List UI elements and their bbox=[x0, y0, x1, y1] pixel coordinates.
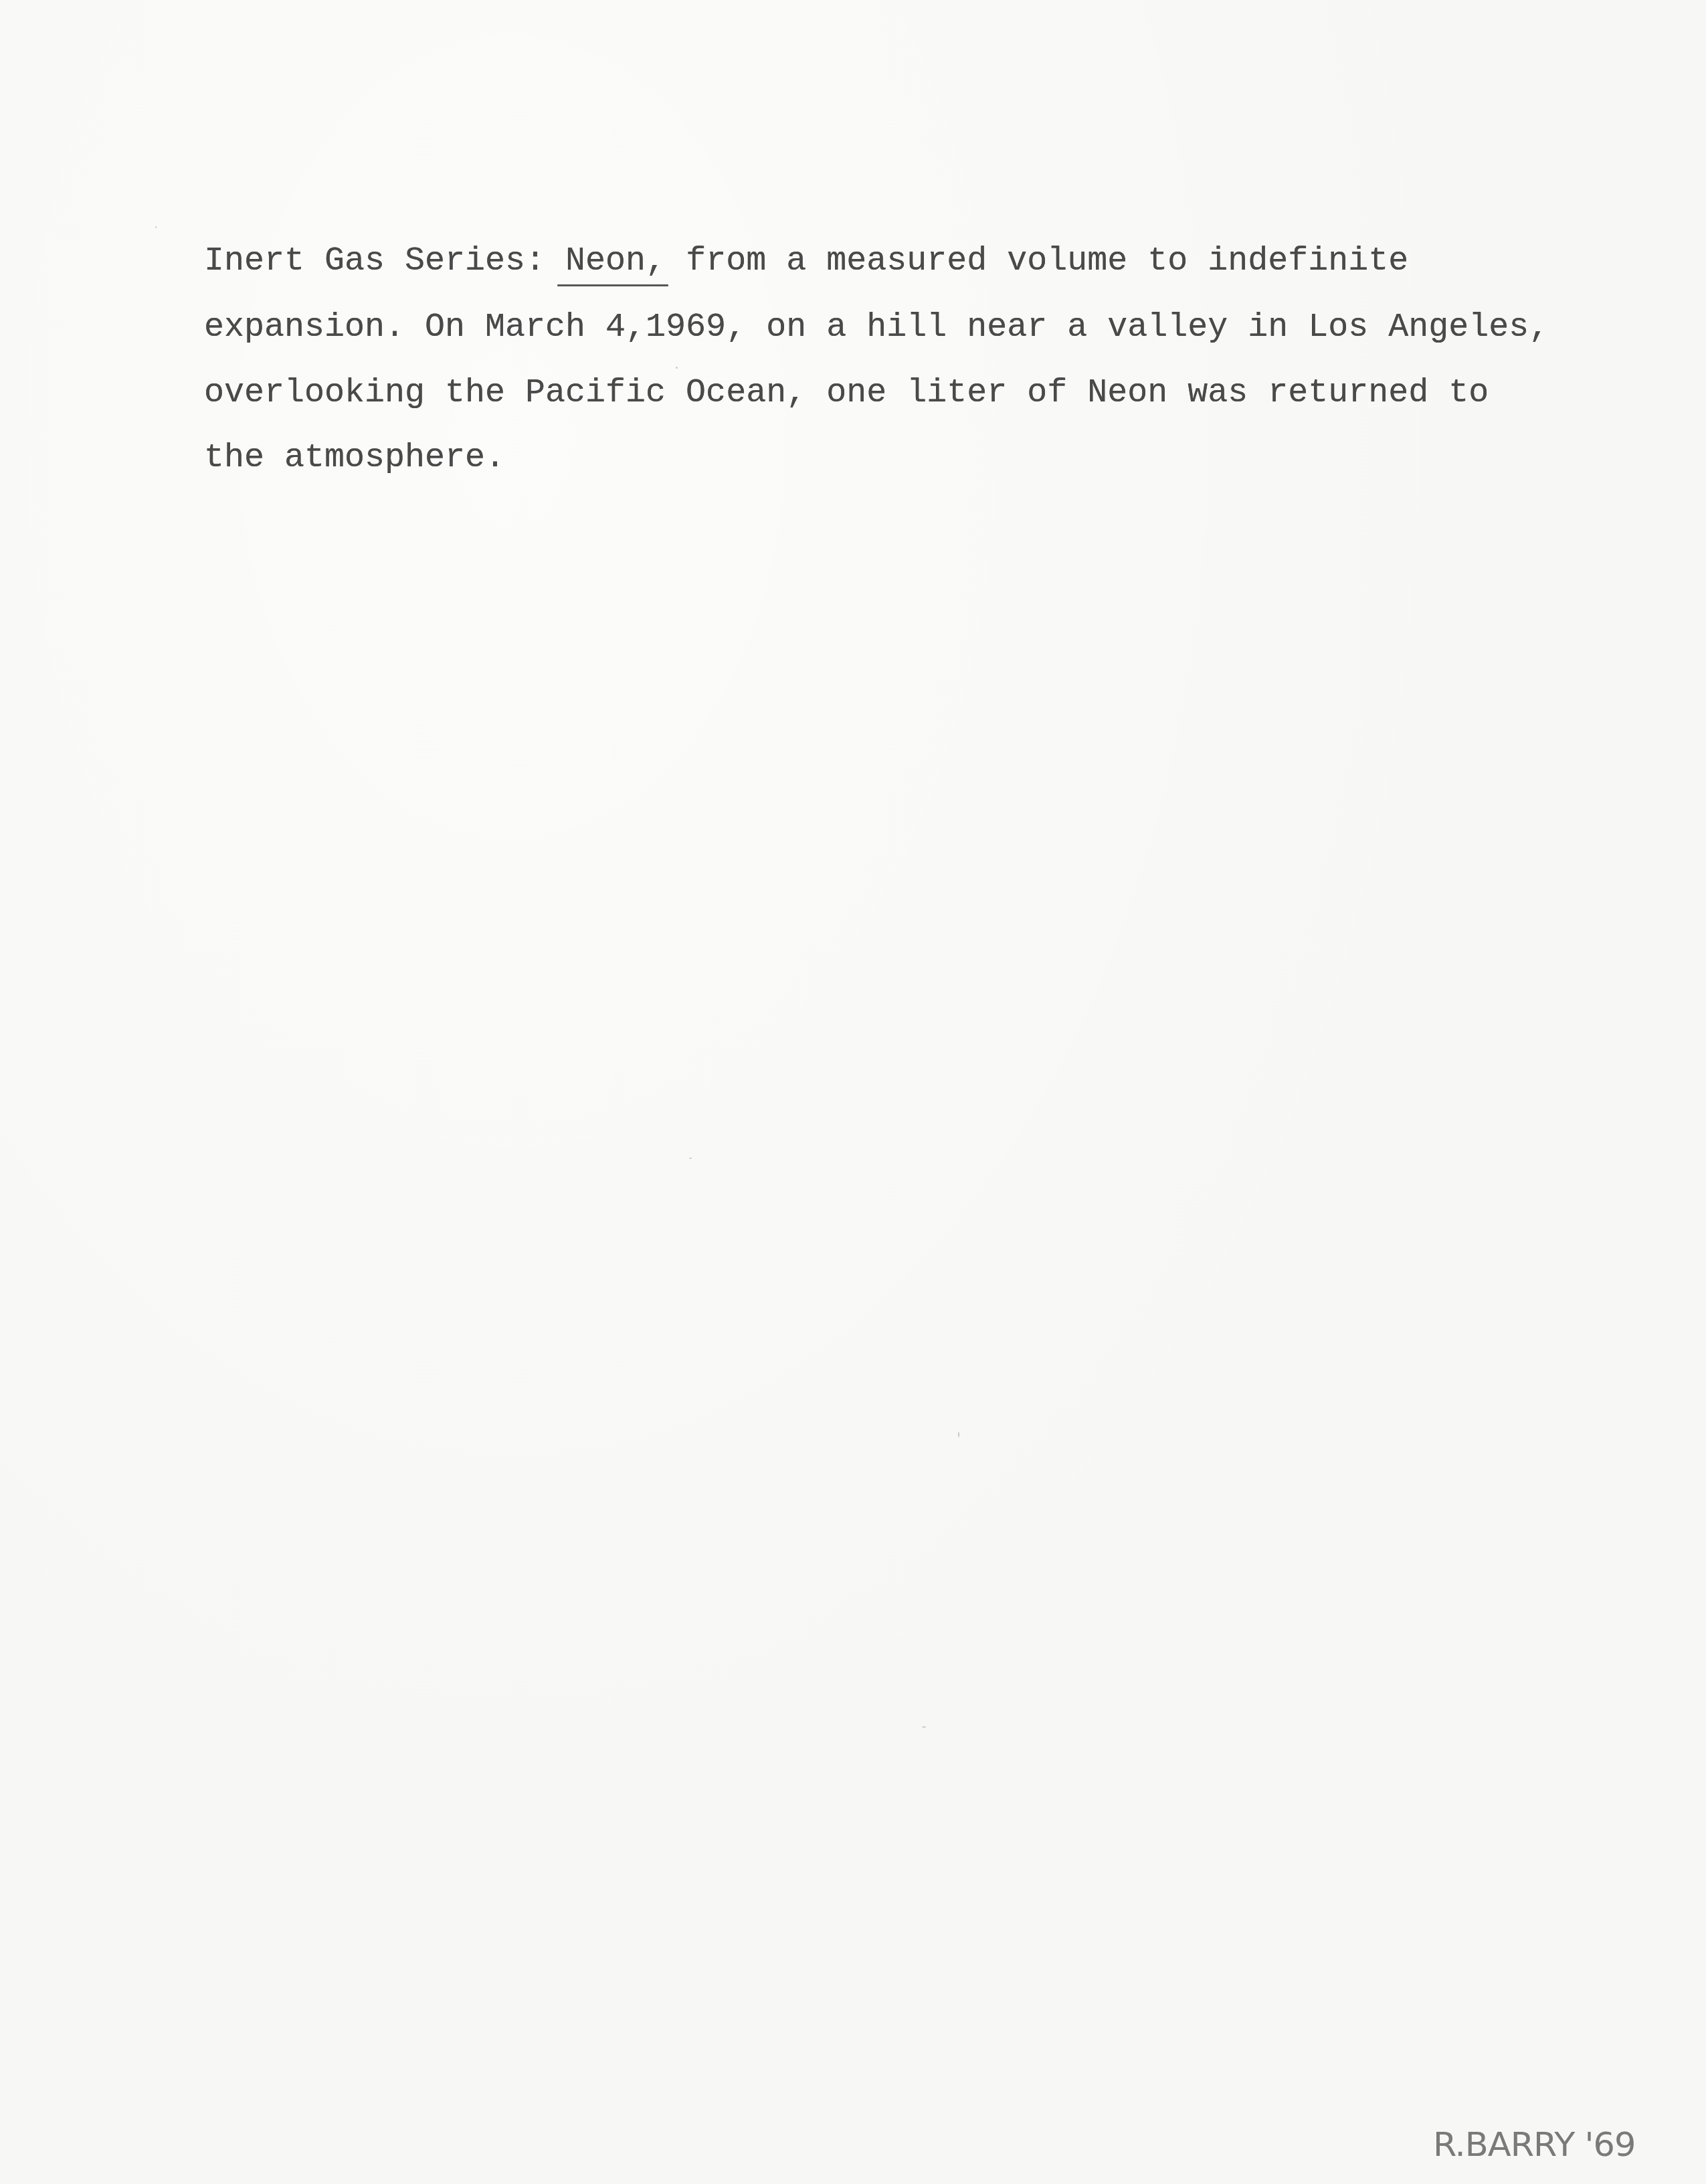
paper-speck bbox=[958, 1432, 959, 1437]
paper-speck bbox=[155, 226, 157, 228]
paper-sheet: Inert Gas Series: Neon, from a measured … bbox=[0, 0, 1706, 2184]
line-1-rest: from a measured volume to indefinite bbox=[666, 242, 1408, 280]
text-line-1: Inert Gas Series: Neon, from a measured … bbox=[204, 245, 1408, 278]
text-line-4: the atmosphere. bbox=[204, 442, 505, 475]
underlined-word-neon: Neon, bbox=[565, 245, 666, 278]
text-line-3: overlooking the Pacific Ocean, one liter… bbox=[204, 377, 1489, 410]
paper-speck bbox=[922, 1726, 926, 1728]
artist-signature: R.BARRY '69 bbox=[1433, 2125, 1635, 2164]
title-prefix: Inert Gas Series: bbox=[204, 242, 565, 280]
paper-speck bbox=[689, 1158, 692, 1159]
paper-speck bbox=[676, 367, 678, 369]
text-line-2: expansion. On March 4,1969, on a hill ne… bbox=[204, 311, 1549, 345]
